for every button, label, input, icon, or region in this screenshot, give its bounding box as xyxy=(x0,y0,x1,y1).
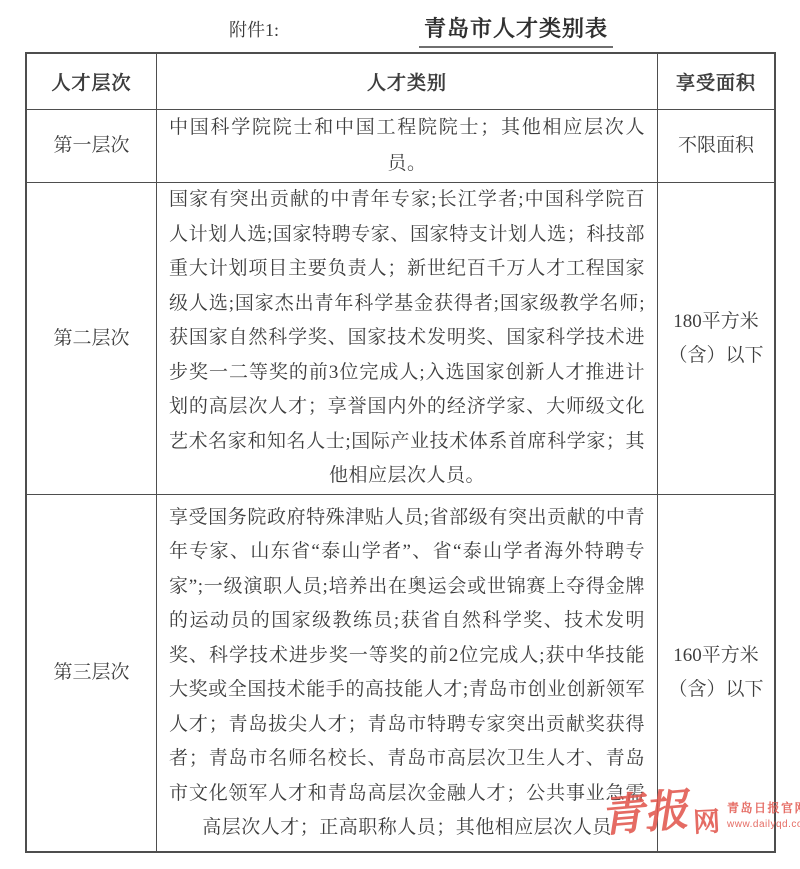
row1-level: 第一层次 xyxy=(27,110,157,183)
row2-level: 第二层次 xyxy=(27,183,157,495)
row2-category: 国家有突出贡献的中青年专家;长江学者;中国科学院百人计划人选;国家特聘专家、国家… xyxy=(157,183,658,495)
attachment-label: 附件1: xyxy=(229,16,279,42)
document-page: 附件1: 青岛市人才类别表 人才层次 人才类别 享受面积 第一层次 中国科学院院… xyxy=(0,0,800,869)
row2-category-text: 国家有突出贡献的中青年专家;长江学者;中国科学院百人计划人选;国家特聘专家、国家… xyxy=(169,183,645,494)
row1-area: 不限面积 xyxy=(658,110,774,183)
row3-area: 160平方米（含）以下 xyxy=(658,495,774,851)
row3-category: 享受国务院政府特殊津贴人员;省部级有突出贡献的中青年专家、山东省“泰山学者”、省… xyxy=(157,495,658,851)
row3-category-text: 享受国务院政府特殊津贴人员;省部级有突出贡献的中青年专家、山东省“泰山学者”、省… xyxy=(169,501,645,846)
row1-category-text: 中国科学院院士和中国工程院院士；其他相应层次人员。 xyxy=(169,110,645,182)
document-header: 附件1: 青岛市人才类别表 xyxy=(0,0,800,52)
row2-area: 180平方米（含）以下 xyxy=(658,183,774,495)
column-header-area: 享受面积 xyxy=(658,54,774,110)
row3-level: 第三层次 xyxy=(27,495,157,851)
talent-category-table: 人才层次 人才类别 享受面积 第一层次 中国科学院院士和中国工程院院士；其他相应… xyxy=(25,52,776,853)
column-header-talent-level: 人才层次 xyxy=(27,54,157,110)
row1-category: 中国科学院院士和中国工程院院士；其他相应层次人员。 xyxy=(157,110,658,183)
page-title: 青岛市人才类别表 xyxy=(419,12,613,48)
column-header-talent-category: 人才类别 xyxy=(157,54,658,110)
